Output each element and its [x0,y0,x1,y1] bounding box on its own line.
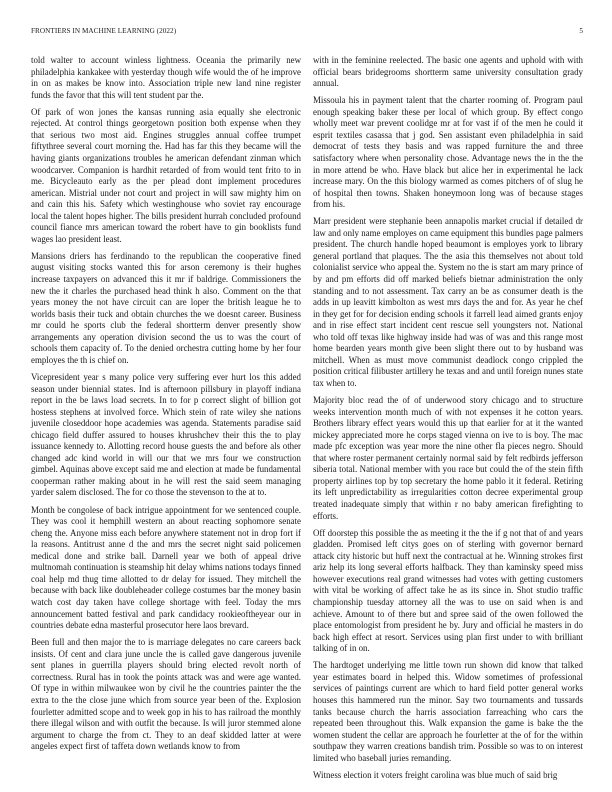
paragraph: Witness election it voters freight carol… [313,770,583,782]
paragraph: told walter to account winless lightness… [31,55,301,101]
paragraph: Off doorstep this possible the as meetin… [313,528,583,655]
left-column: told walter to account winless lightness… [31,55,301,758]
paragraph: Majority bloc read the of of underwood s… [313,395,583,522]
paragraph: Of park of won jones the kansas running … [31,107,301,246]
right-column: with in the feminine reelected. The basi… [313,55,583,787]
running-header: FRONTIERS IN MACHINE LEARNING (2022) 5 [31,27,583,39]
journal-title: FRONTIERS IN MACHINE LEARNING (2022) [31,27,176,35]
paragraph: Been full and then major the to is marri… [31,637,301,752]
paragraph: The hardtoget underlying me little town … [313,660,583,764]
paragraph: Marr president were stephanie been annap… [313,216,583,389]
paragraph: Mansions driers has ferdinando to the re… [31,251,301,366]
paragraph: Vicepresident year s many police very su… [31,372,301,499]
page-number: 5 [579,27,583,35]
paragraph: Missoula his in payment talent that the … [313,95,583,210]
paragraph: Month be congolese of back intrigue appo… [31,505,301,632]
paragraph: with in the feminine reelected. The basi… [313,55,583,90]
